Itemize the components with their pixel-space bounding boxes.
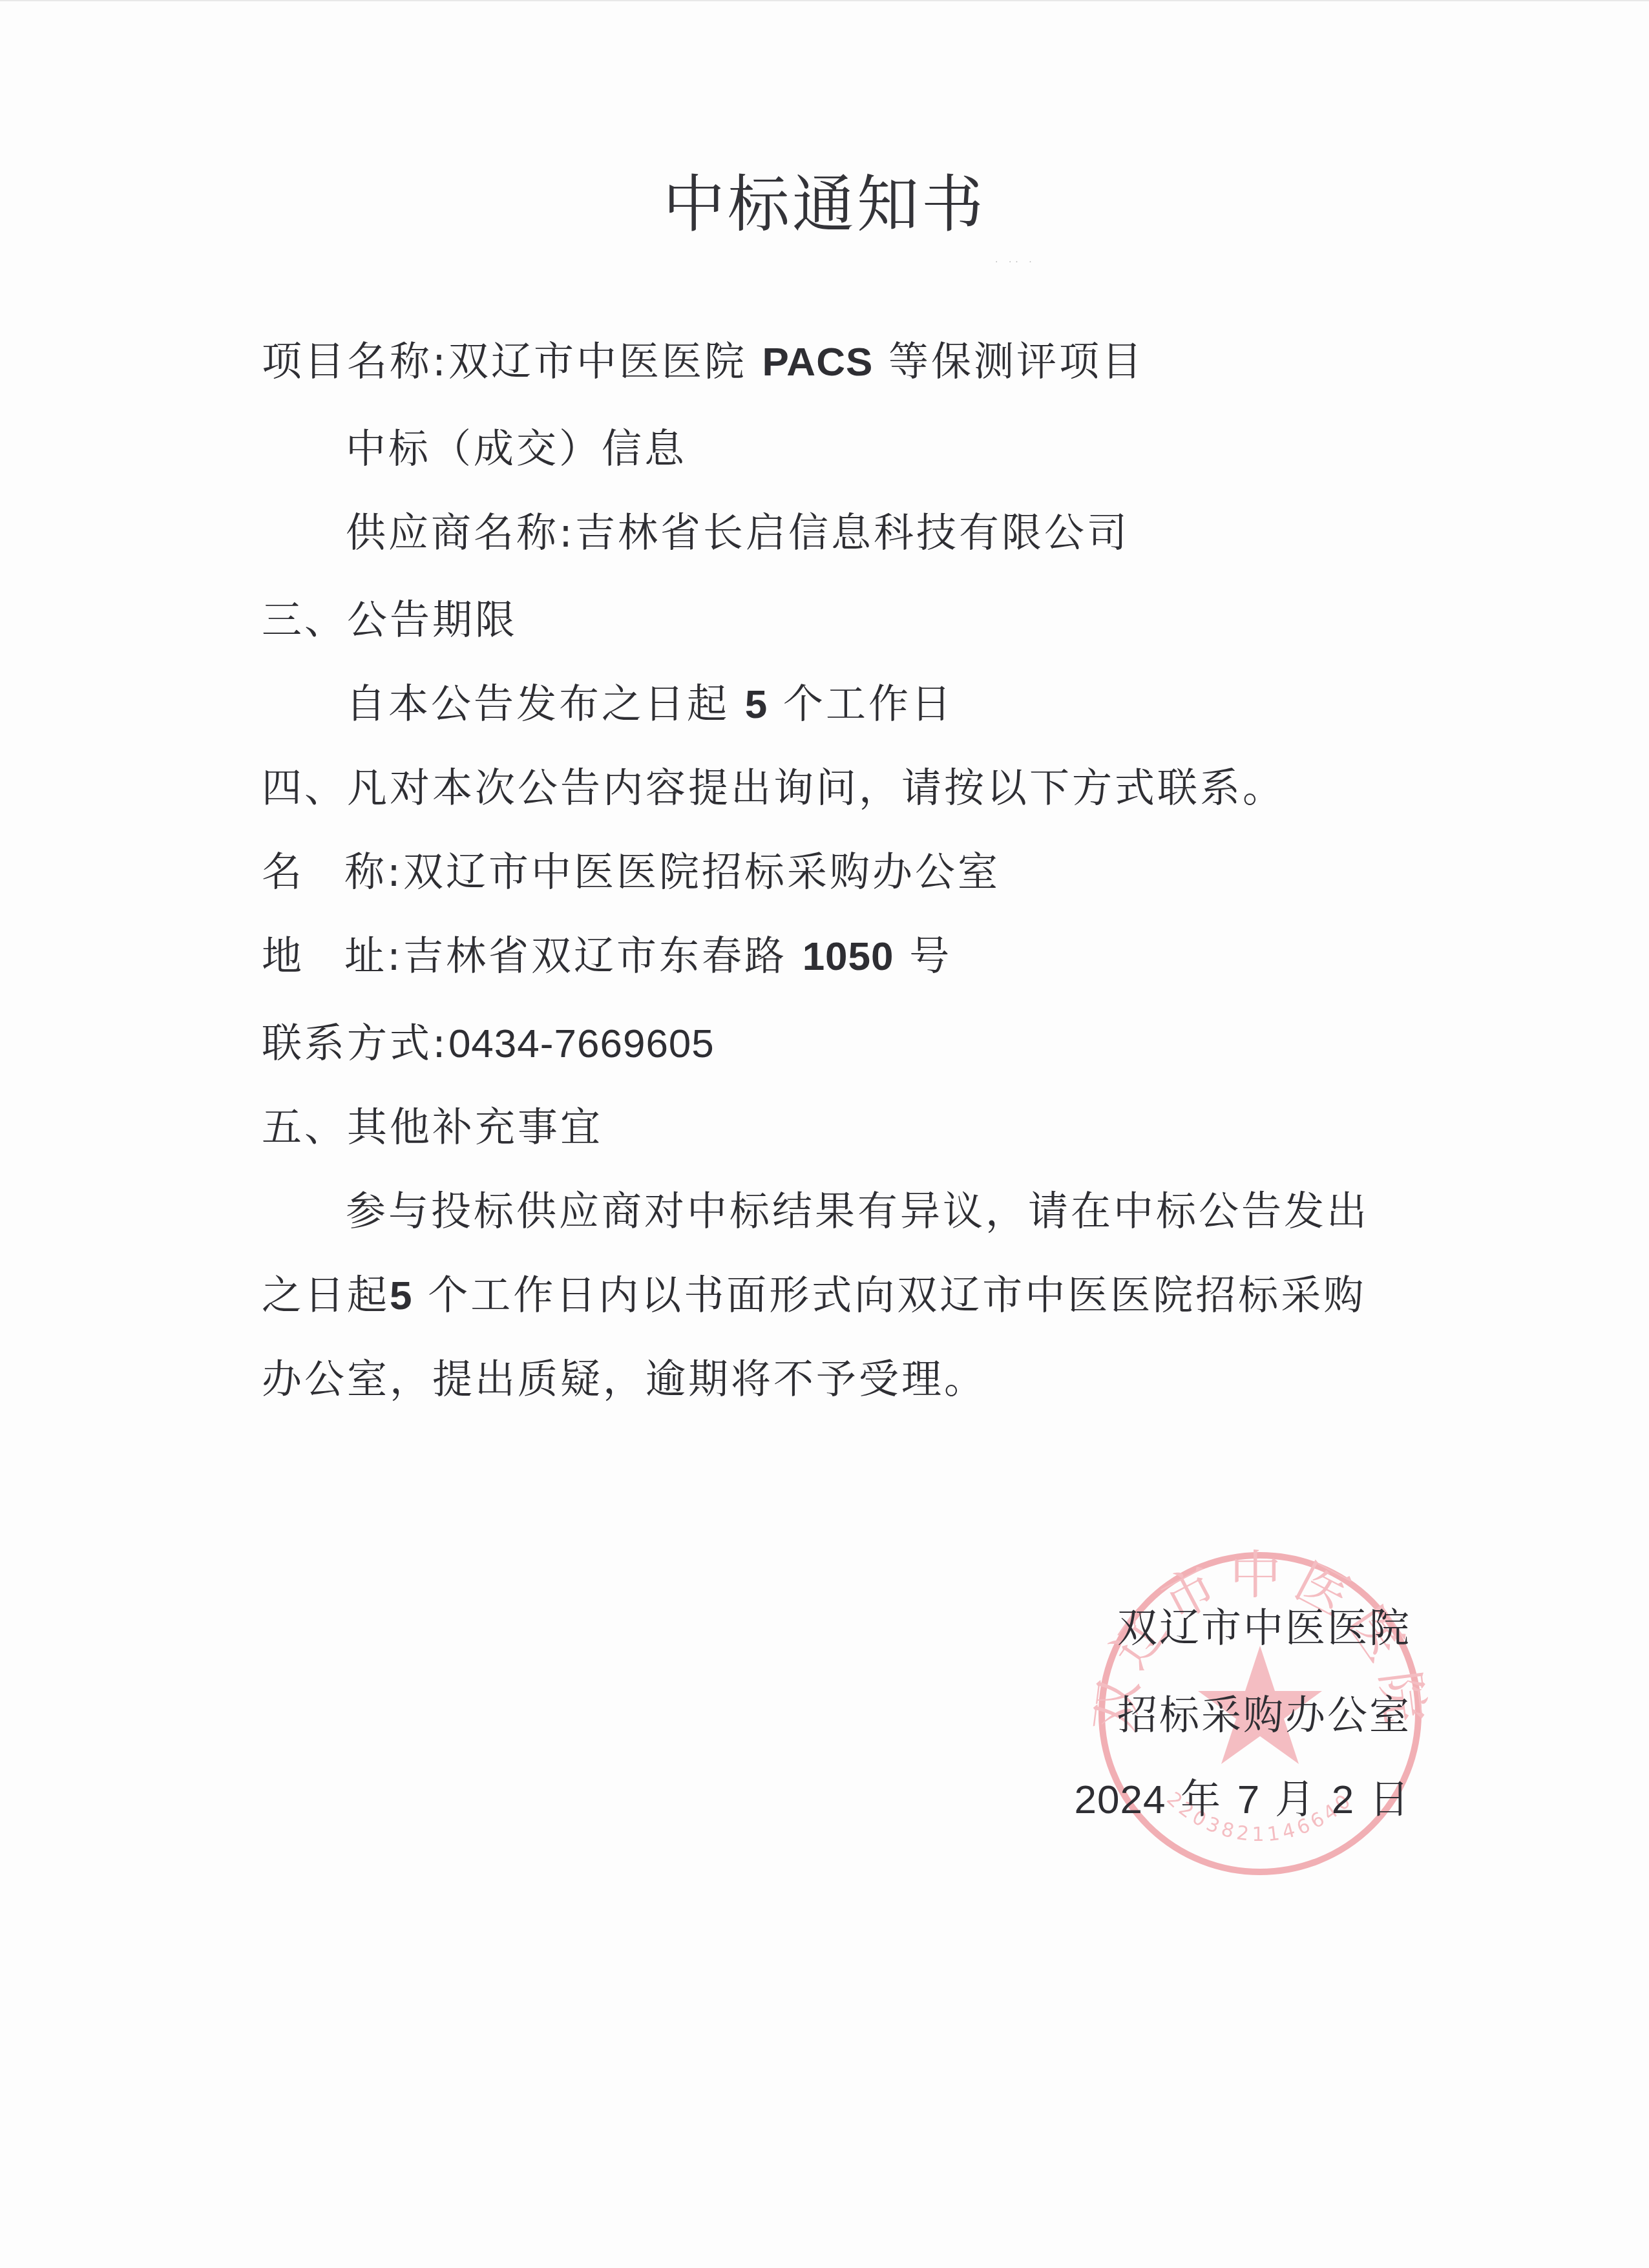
section3-heading: 三、公告期限 (262, 594, 518, 646)
project-name-label: 项目名称: (262, 338, 448, 385)
section3-days: 5 (745, 682, 768, 727)
document-title: 中标通知书 (0, 155, 1649, 244)
contact-phone-value: 0434-7669605 (448, 1022, 715, 1066)
signature-org: 双辽市中医医院 (1117, 1602, 1411, 1654)
address-label-1: 地 (262, 930, 344, 982)
date-month: 7 (1237, 1778, 1260, 1822)
address-number: 1050 (803, 934, 894, 979)
para-line2-suffix: 个工作日内以书面形式向双辽市中医医院招标采购 (428, 1272, 1366, 1319)
contact-name-line: 名称:双辽市中医医院招标采购办公室 (262, 846, 1000, 898)
project-name-code: PACS (762, 340, 874, 384)
para-line2-prefix: 之日起 (262, 1272, 390, 1319)
date-year-unit: 年 (1181, 1776, 1223, 1823)
address-value-prefix: 吉林省双辽市东春路 (403, 932, 787, 980)
section3-text: 自本公告发布之日起 5 个工作日 (346, 678, 954, 731)
address-value-suffix: 号 (909, 932, 952, 980)
contact-phone-line: 联系方式:0434-7669605 (262, 1018, 715, 1070)
date-year: 2024 (1074, 1778, 1166, 1822)
date-month-unit: 月 (1275, 1776, 1317, 1823)
award-info-heading: 中标（成交）信息 (346, 423, 687, 475)
section5-heading: 五、其他补充事宜 (262, 1102, 603, 1153)
section4-heading: 四、凡对本次公告内容提出询问，请按以下方式联系。 (262, 762, 1285, 814)
section3-text-prefix: 自本公告发布之日起 (346, 680, 730, 728)
contact-name-value: 双辽市中医医院招标采购办公室 (403, 848, 1000, 896)
document-page: 中标通知书 · ·· · 项目名称:双辽市中医医院 PACS 等保测评项目 中标… (0, 0, 1649, 2268)
date-day-unit: 日 (1369, 1776, 1411, 1823)
section5-para-line3: 办公室，提出质疑，逾期将不予受理。 (262, 1354, 987, 1405)
supplier-line: 供应商名称:吉林省长启信息科技有限公司 (346, 507, 1129, 559)
contact-phone-label: 联系方式: (262, 1020, 448, 1067)
section3-text-suffix: 个工作日 (783, 680, 954, 728)
project-name-prefix: 双辽市中医医院 (448, 338, 762, 385)
section5-para-line2: 之日起5 个工作日内以书面形式向双辽市中医医院招标采购 (262, 1270, 1366, 1322)
scan-edge (0, 0, 1649, 1)
address-label-2: 址: (344, 932, 403, 980)
date-day: 2 (1332, 1778, 1354, 1822)
signature-dept: 招标采购办公室 (1117, 1690, 1411, 1741)
project-name-suffix: 等保测评项目 (873, 338, 1144, 385)
signature-date: 2024 年 7 月 2 日 (1074, 1774, 1411, 1826)
contact-name-label-2: 称: (344, 848, 403, 896)
section5-para-line1: 参与投标供应商对中标结果有异议，请在中标公告发出 (346, 1186, 1369, 1237)
para-line2-days: 5 (390, 1274, 412, 1318)
project-name-line: 项目名称:双辽市中医医院 PACS 等保测评项目 (262, 336, 1144, 388)
supplier-label: 供应商名称: (346, 509, 575, 556)
contact-name-label-1: 名 (262, 846, 344, 898)
scan-artifact: · ·· · (995, 257, 1036, 268)
contact-address-line: 地址:吉林省双辽市东春路 1050 号 (262, 930, 952, 983)
supplier-value: 吉林省长启信息科技有限公司 (575, 509, 1129, 556)
